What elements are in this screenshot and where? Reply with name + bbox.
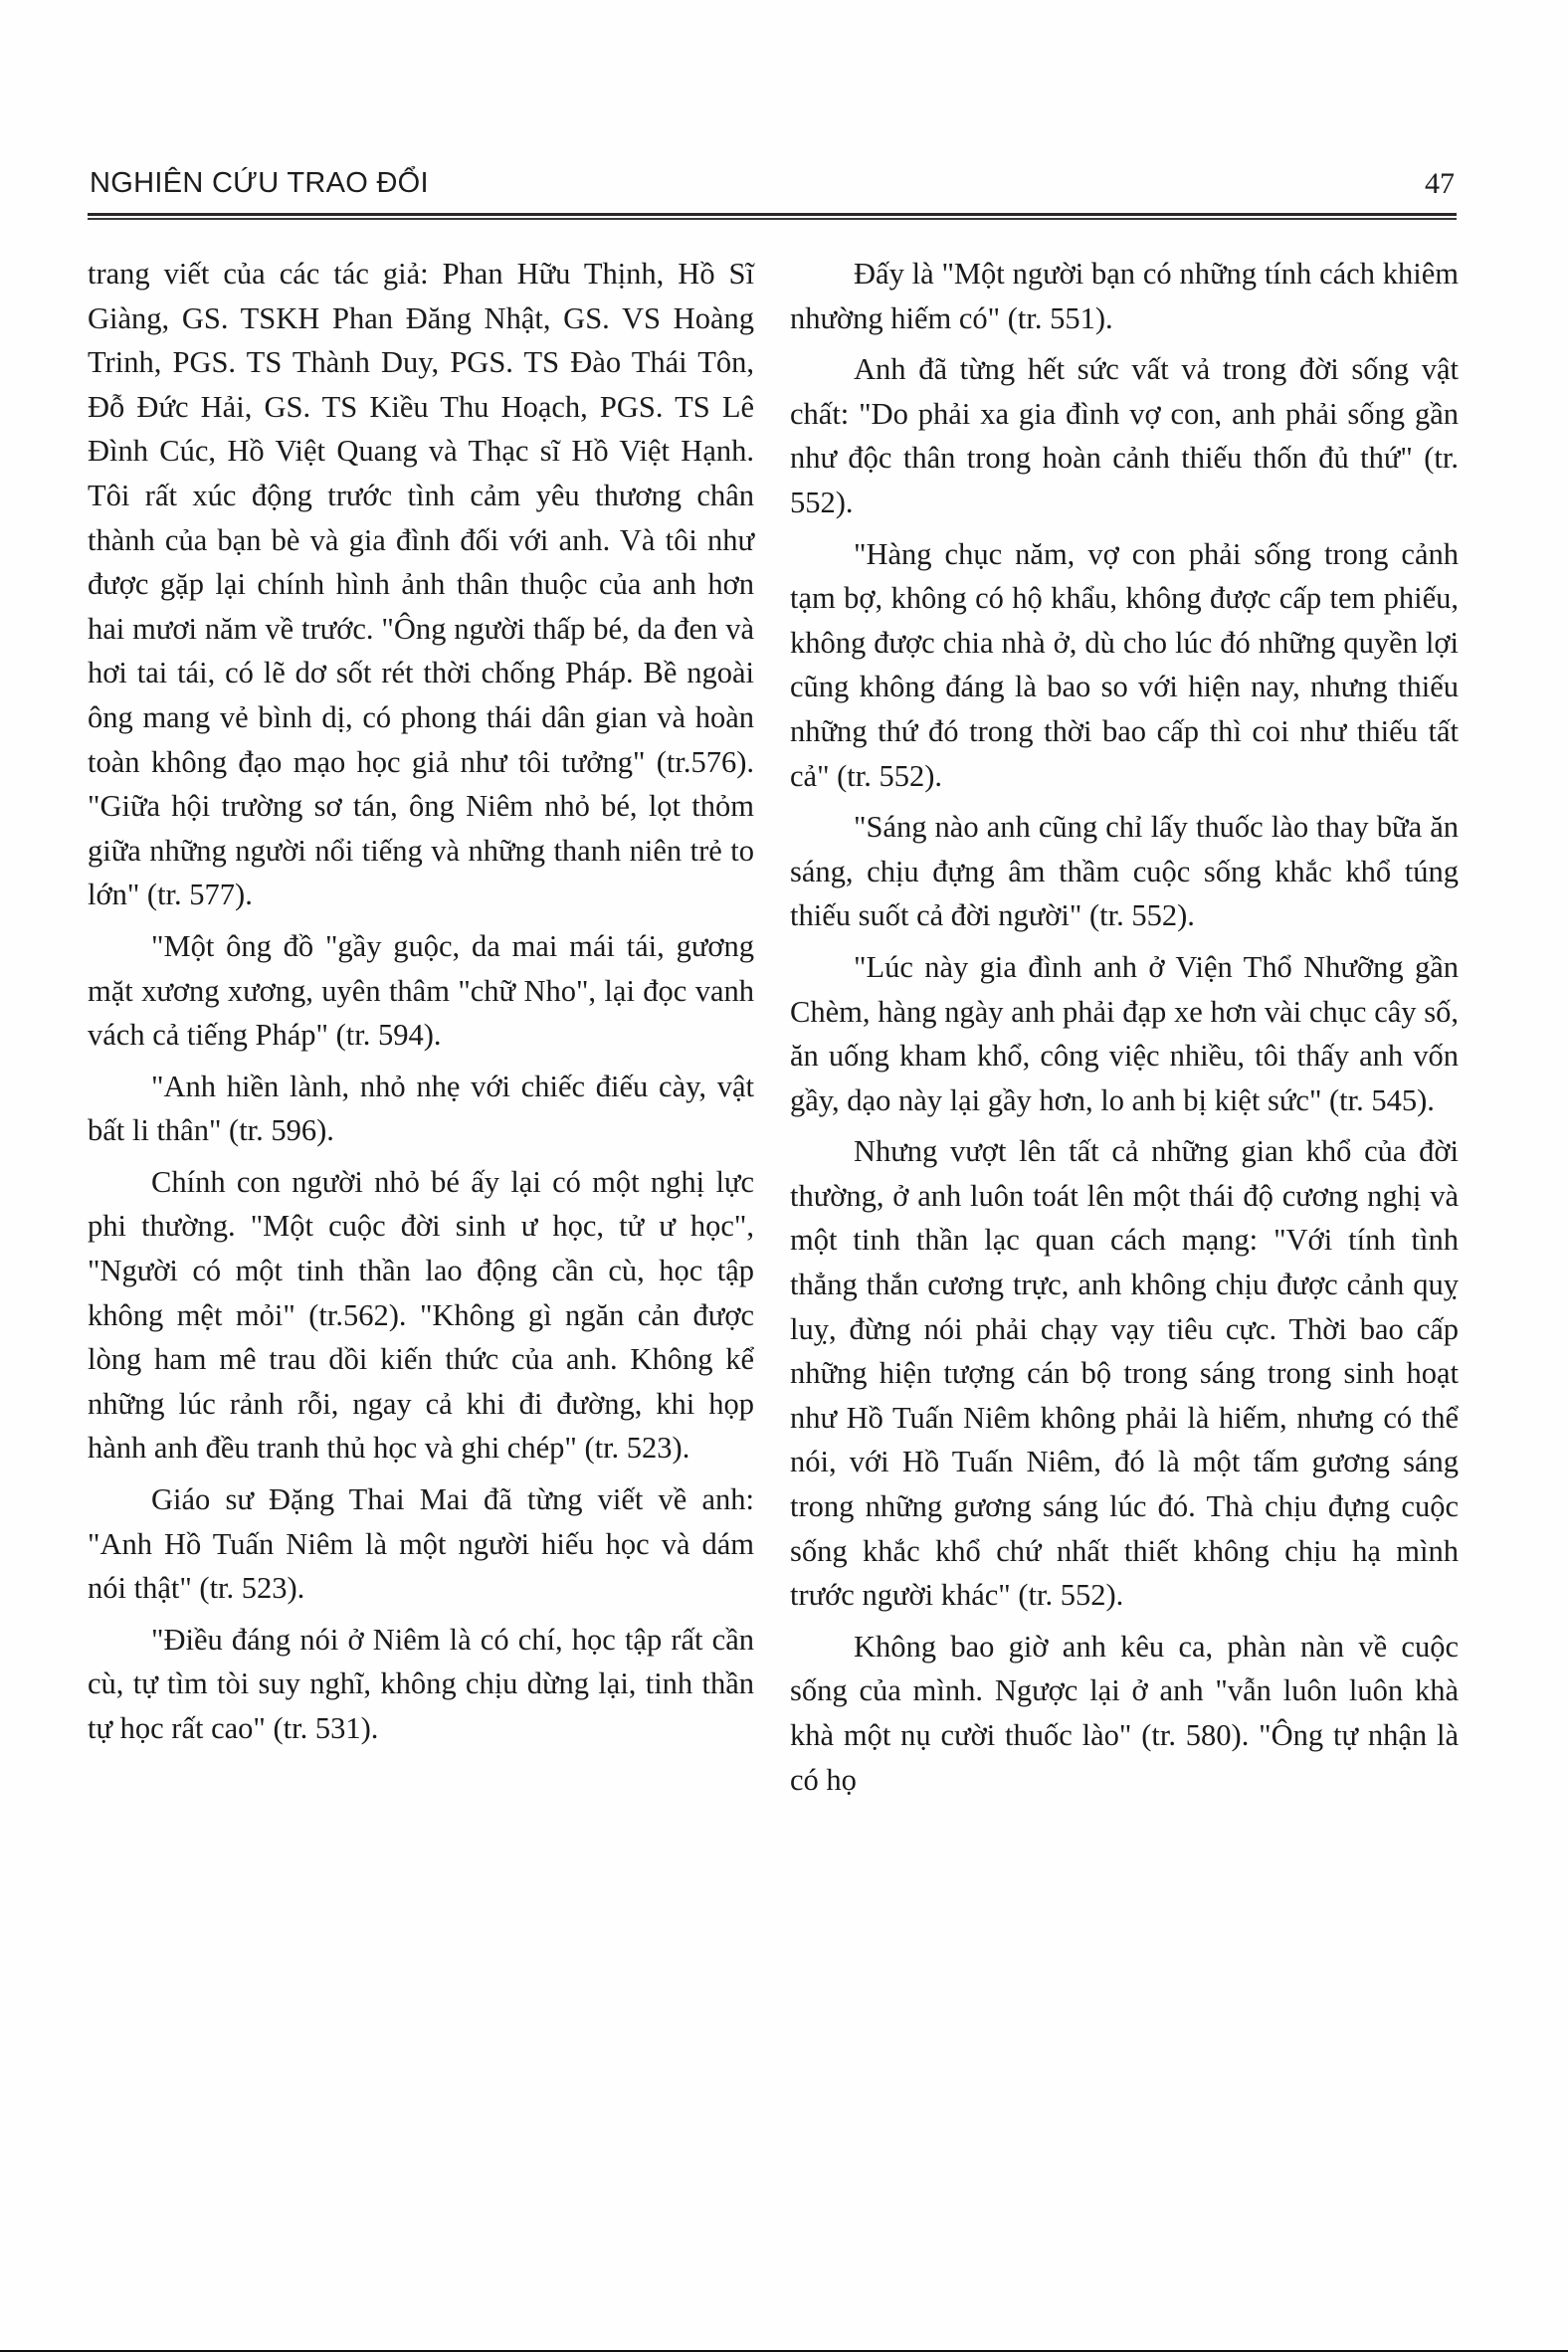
running-header: NGHIÊN CỨU TRAO ĐỔI 47	[90, 167, 1455, 209]
paragraph: "Anh hiền lành, nhỏ nhẹ với chiếc điếu c…	[88, 1065, 754, 1153]
paragraph: Nhưng vượt lên tất cả những gian khổ của…	[790, 1129, 1459, 1618]
paragraph: Giáo sư Đặng Thai Mai đã từng viết về an…	[88, 1477, 754, 1611]
paragraph: "Một ông đồ "gầy guộc, da mai mái tái, g…	[88, 924, 754, 1058]
paragraph: "Lúc này gia đình anh ở Viện Thổ Nhưỡng …	[790, 945, 1459, 1122]
section-title: NGHIÊN CỨU TRAO ĐỔI	[90, 167, 429, 200]
document-page: NGHIÊN CỨU TRAO ĐỔI 47 trang viết của cá…	[0, 0, 1568, 2352]
paragraph: Anh đã từng hết sức vất vả trong đời sốn…	[790, 347, 1459, 524]
header-double-rule	[88, 213, 1457, 220]
paragraph: Chính con người nhỏ bé ấy lại có một ngh…	[88, 1160, 754, 1470]
paragraph: "Sáng nào anh cũng chỉ lấy thuốc lào tha…	[790, 805, 1459, 938]
paragraph: trang viết của các tác giả: Phan Hữu Thị…	[88, 252, 754, 917]
paragraph: "Điều đáng nói ở Niêm là có chí, học tập…	[88, 1618, 754, 1751]
page-number: 47	[1425, 167, 1455, 201]
left-column: trang viết của các tác giả: Phan Hữu Thị…	[88, 252, 754, 1758]
right-column: Đấy là "Một người bạn có những tính cách…	[790, 252, 1459, 1809]
paragraph: "Hàng chục năm, vợ con phải sống trong c…	[790, 532, 1459, 799]
paragraph: Không bao giờ anh kêu ca, phàn nàn về cu…	[790, 1625, 1459, 1802]
paragraph: Đấy là "Một người bạn có những tính cách…	[790, 252, 1459, 340]
